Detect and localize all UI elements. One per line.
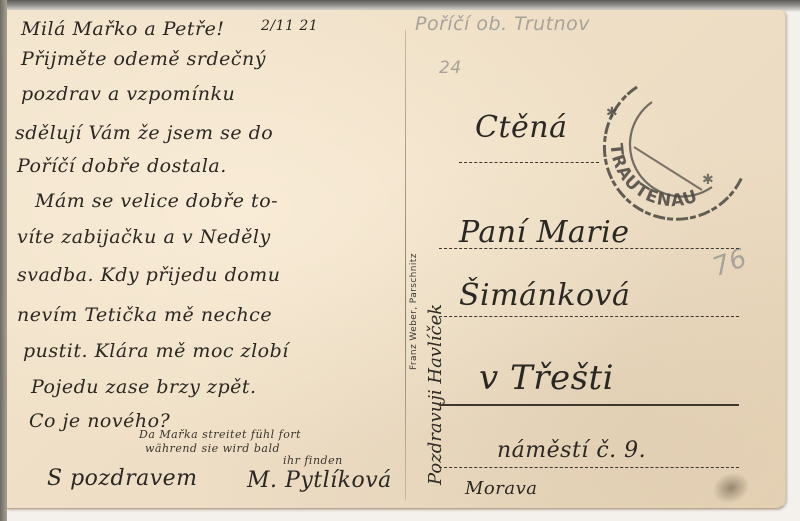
message-line: sdělují Vám že jsem se do [15,122,273,144]
postscript-line: während sie wird bald [145,442,280,455]
message-line: nevím Tetička mě nechce [17,304,272,326]
ink-stain [708,467,754,508]
message-line: svadba. Kdy přijedu domu [17,264,280,286]
postscript-line: Da Mařka streitet fühl fort [139,428,301,441]
signature: M. Pytlíková [247,468,392,493]
svg-text:✱: ✱ [606,105,618,121]
address-rule [439,316,739,317]
message-line: Pojedu zase brzy zpět. [31,376,257,398]
message-line: Přijměte odemě srdečný [21,48,266,70]
address-street: náměstí č. 9. [497,438,646,463]
message-line: víte zabijačku a v Neděly [17,226,271,248]
postmark-icon: TRAUTENAU ✱ ✱ [582,62,752,232]
message-line: Mám se velice dobře to- [35,190,278,212]
address-rule [459,162,599,163]
message-line: Poříčí dobře dostala. [17,155,227,177]
postscript-line: ihr finden [283,454,343,467]
address-name: Paní Marie [459,215,629,250]
message-line: Milá Mařko a Petře! [21,18,224,40]
address-rule [439,248,739,249]
address-rule [439,467,739,468]
printer-credit: Franz Weber, Parschnitz [409,253,419,370]
pencil-note-location: Poříčí ob. Trutnov [415,13,590,35]
vertical-note: Pozdravuji Havlíček [425,304,446,485]
postcard: Milá Mařko a Petře! 2/11 21 Přijměte ode… [7,10,786,509]
pencil-note-number: 24 [439,58,462,78]
message-line: pozdrav a vzpomínku [21,83,235,105]
message-date: 2/11 21 [261,18,318,34]
address-surname: Šimánková [459,278,630,313]
address-rule [439,404,739,406]
postmark: TRAUTENAU ✱ ✱ [582,62,752,232]
closing: S pozdravem [47,466,198,491]
message-line: pustit. Klára mě moc zlobí [23,340,289,362]
pencil-note-margin: 76 [709,243,751,283]
scan-left-edge [0,0,7,521]
svg-text:✱: ✱ [702,172,714,188]
center-divider [405,30,406,500]
svg-text:TRAUTENAU: TRAUTENAU [606,143,701,212]
address-salutation: Ctěná [475,110,567,145]
address-town: v Třešti [479,358,614,398]
address-region: Morava [465,478,538,499]
